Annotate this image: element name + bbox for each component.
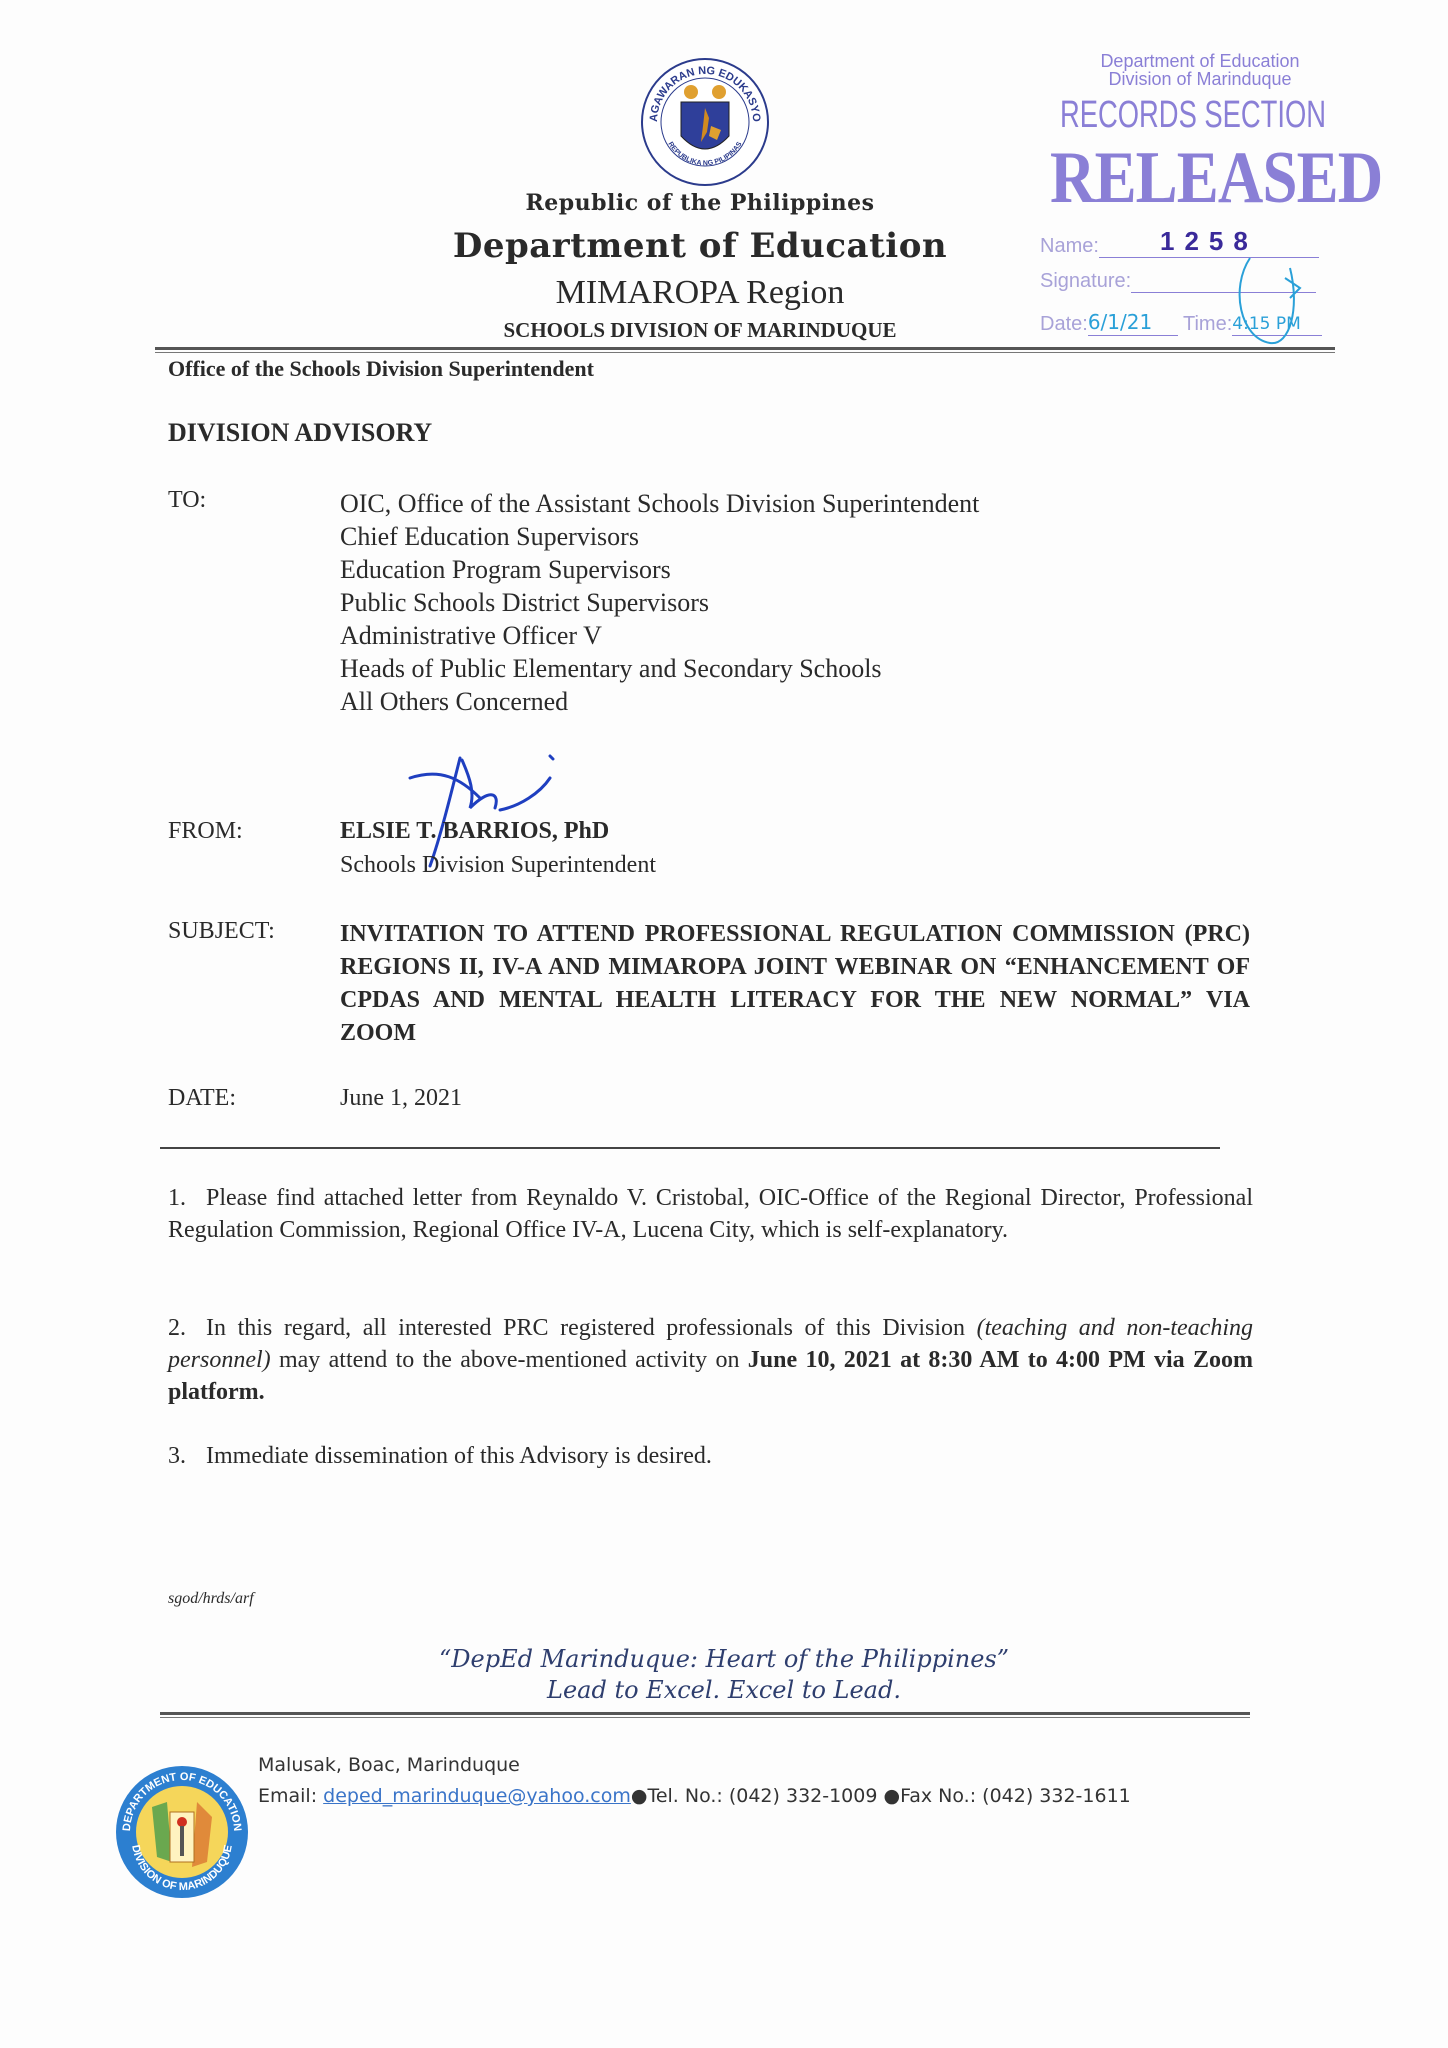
subject-text: INVITATION TO ATTEND PROFESSIONAL REGULA… [340, 918, 1250, 1050]
department-heading: Department of Education [440, 226, 960, 266]
division-of-marinduque-logo-icon: DEPARTMENT OF EDUCATION DIVISION OF MARI… [112, 1762, 252, 1902]
email-link[interactable]: deped_marinduque@yahoo.com [323, 1785, 631, 1807]
records-released-stamp: Department of EducationDivision of Marin… [1030, 48, 1340, 348]
republic-heading: Republic of the Philippines [440, 190, 960, 216]
motto-line-1: “DepEd Marinduque: Heart of the Philippi… [0, 1645, 1448, 1673]
paragraph-1: 1.Please find attached letter from Reyna… [168, 1182, 1253, 1246]
from-label: FROM: [168, 818, 243, 845]
advisory-title: DIVISION ADVISORY [168, 418, 432, 448]
reference-initials: sgod/hrds/arf [168, 1590, 254, 1608]
to-recipients-list: OIC, Office of the Assistant Schools Div… [340, 487, 979, 718]
recipient: Administrative Officer V [340, 619, 979, 652]
body-divider [160, 1147, 1220, 1149]
stamp-signature-scribble-icon [1230, 248, 1320, 358]
recipient: Heads of Public Elementary and Secondary… [340, 652, 979, 685]
stamp-status: RELEASED [1050, 136, 1382, 221]
paragraph-3: 3.Immediate dissemination of this Adviso… [168, 1440, 1253, 1472]
date-value: June 1, 2021 [340, 1085, 462, 1112]
deped-seal-icon: KAGAWARAN NG EDUKASYON REPUBLIKA NG PILI… [639, 56, 771, 188]
from-name: ELSIE T. BARRIOS, PhD [340, 818, 609, 845]
footer-contact: Email: deped_marinduque@yahoo.com●Tel. N… [258, 1785, 1131, 1807]
recipient: Education Program Supervisors [340, 553, 979, 586]
date-label: DATE: [168, 1085, 236, 1112]
paragraph-2: 2.In this regard, all interested PRC reg… [168, 1312, 1253, 1408]
footer-address: Malusak, Boac, Marinduque [258, 1754, 520, 1776]
region-heading: MIMAROPA Region [440, 274, 960, 312]
phone-fax: ●Tel. No.: (042) 332-1009 ●Fax No.: (042… [631, 1785, 1131, 1807]
recipient: Chief Education Supervisors [340, 520, 979, 553]
division-heading: SCHOOLS DIVISION OF MARINDUQUE [440, 318, 960, 343]
office-label: Office of the Schools Division Superinte… [168, 356, 594, 382]
recipient: All Others Concerned [340, 685, 979, 718]
footer-divider [160, 1712, 1250, 1718]
from-title: Schools Division Superintendent [340, 852, 656, 879]
motto-line-2: Lead to Excel. Excel to Lead. [0, 1676, 1448, 1704]
to-label: TO: [168, 487, 206, 514]
recipient: OIC, Office of the Assistant Schools Div… [340, 487, 979, 520]
stamp-department: Department of EducationDivision of Marin… [1050, 52, 1350, 88]
subject-label: SUBJECT: [168, 918, 275, 945]
recipient: Public Schools District Supervisors [340, 586, 979, 619]
stamp-date-value: 6/1/21 [1088, 310, 1152, 334]
superintendent-signature-icon [400, 748, 580, 868]
stamp-section: RECORDS SECTION [1060, 94, 1348, 137]
